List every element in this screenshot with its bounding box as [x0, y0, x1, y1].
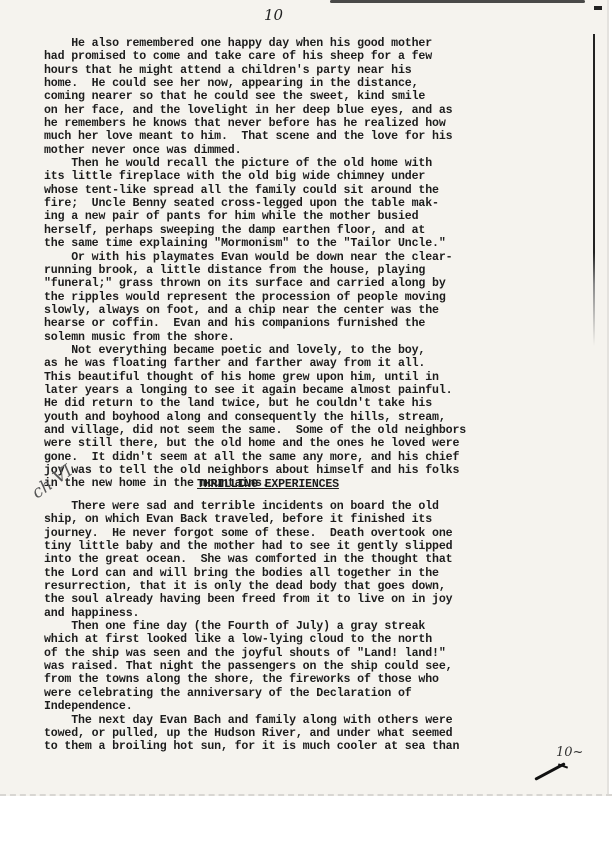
text-line: coming nearer so that he could see the s… [44, 90, 564, 103]
text-line: solemn music from the shore. [44, 331, 564, 344]
text-line: and happiness. [44, 607, 564, 620]
body-text-section-2: There were sad and terrible incidents on… [44, 500, 564, 754]
text-line: and village, did not seem the same. Some… [44, 424, 564, 437]
text-line: into the great ocean. She was comforted … [44, 553, 564, 566]
text-line: were celebrating the anniversary of the … [44, 687, 564, 700]
text-line: fire; Uncle Benny seated cross-legged up… [44, 197, 564, 210]
text-line: mother never once was dimmed. [44, 144, 564, 157]
text-line: the same time explaining "Mormonism" to … [44, 237, 564, 250]
text-line: hearse or coffin. Evan and his companion… [44, 317, 564, 330]
text-line: ing a new pair of pants for him while th… [44, 210, 564, 223]
text-line: much her love meant to him. That scene a… [44, 130, 564, 143]
text-line: ship, on which Evan Back traveled, befor… [44, 513, 564, 526]
text-line: the Lord can and will bring the bodies a… [44, 567, 564, 580]
text-line: Not everything became poetic and lovely,… [44, 344, 564, 357]
section-heading: THRILLING EXPERIENCES [197, 478, 339, 491]
body-text-section-1: He also remembered one happy day when hi… [44, 37, 564, 491]
text-line: from the towns along the shore, the fire… [44, 673, 564, 686]
text-line: hours that he might attend a children's … [44, 64, 564, 77]
text-line: its little fireplace with the old big wi… [44, 170, 564, 183]
text-line: Then he would recall the picture of the … [44, 157, 564, 170]
text-line: This beautiful thought of his home grew … [44, 371, 564, 384]
text-line: slowly, always on foot, and a chip near … [44, 304, 564, 317]
text-line: herself, perhaps sweeping the damp earth… [44, 224, 564, 237]
right-margin-line [593, 34, 595, 346]
text-line: home. He could see her now, appearing in… [44, 77, 564, 90]
text-line: running brook, a little distance from th… [44, 264, 564, 277]
handwritten-page-number-top: 10 [264, 6, 283, 24]
text-line: Then one fine day (the Fourth of July) a… [44, 620, 564, 633]
text-line: as he was floating farther and farther a… [44, 357, 564, 370]
text-line: of the ship was seen and the joyful shou… [44, 647, 564, 660]
text-line: on her face, and the lovelight in her de… [44, 104, 564, 117]
text-line: later years a longing to see it again be… [44, 384, 564, 397]
text-line: had promised to come and take care of hi… [44, 50, 564, 63]
text-line: He did return to the land twice, but he … [44, 397, 564, 410]
text-line: tiny little baby and the mother had to s… [44, 540, 564, 553]
corner-mark [594, 6, 602, 10]
text-line: "funeral;" grass thrown on its surface a… [44, 277, 564, 290]
text-line: which at first looked like a low-lying c… [44, 633, 564, 646]
text-line: gone. It didn't seem at all the same any… [44, 451, 564, 464]
handwritten-page-number-bottom: 10~ [556, 745, 583, 760]
text-line: the soul already having been freed from … [44, 593, 564, 606]
text-line: He also remembered one happy day when hi… [44, 37, 564, 50]
text-line: was raised. That night the passengers on… [44, 660, 564, 673]
page-edge-perforation [0, 794, 612, 796]
text-line: There were sad and terrible incidents on… [44, 500, 564, 513]
top-edge-line [330, 0, 585, 3]
text-line: he remembers he knows that never before … [44, 117, 564, 130]
text-line: the ripples would represent the processi… [44, 291, 564, 304]
text-line: towed, or pulled, up the Hudson River, a… [44, 727, 564, 740]
text-line: Independence. [44, 700, 564, 713]
text-line: whose tent-like spread all the family co… [44, 184, 564, 197]
text-line: journey. He never forgot some of these. … [44, 527, 564, 540]
text-line: joy was to tell the old neighbors about … [44, 464, 564, 477]
text-line: Or with his playmates Evan would be down… [44, 251, 564, 264]
text-line: were still there, but the old home and t… [44, 437, 564, 450]
text-line: youth and boyhood along and consequently… [44, 411, 564, 424]
text-line: resurrection, that it is only the dead b… [44, 580, 564, 593]
text-line: The next day Evan Bach and family along … [44, 714, 564, 727]
text-line: to them a broiling hot sun, for it is mu… [44, 740, 564, 753]
